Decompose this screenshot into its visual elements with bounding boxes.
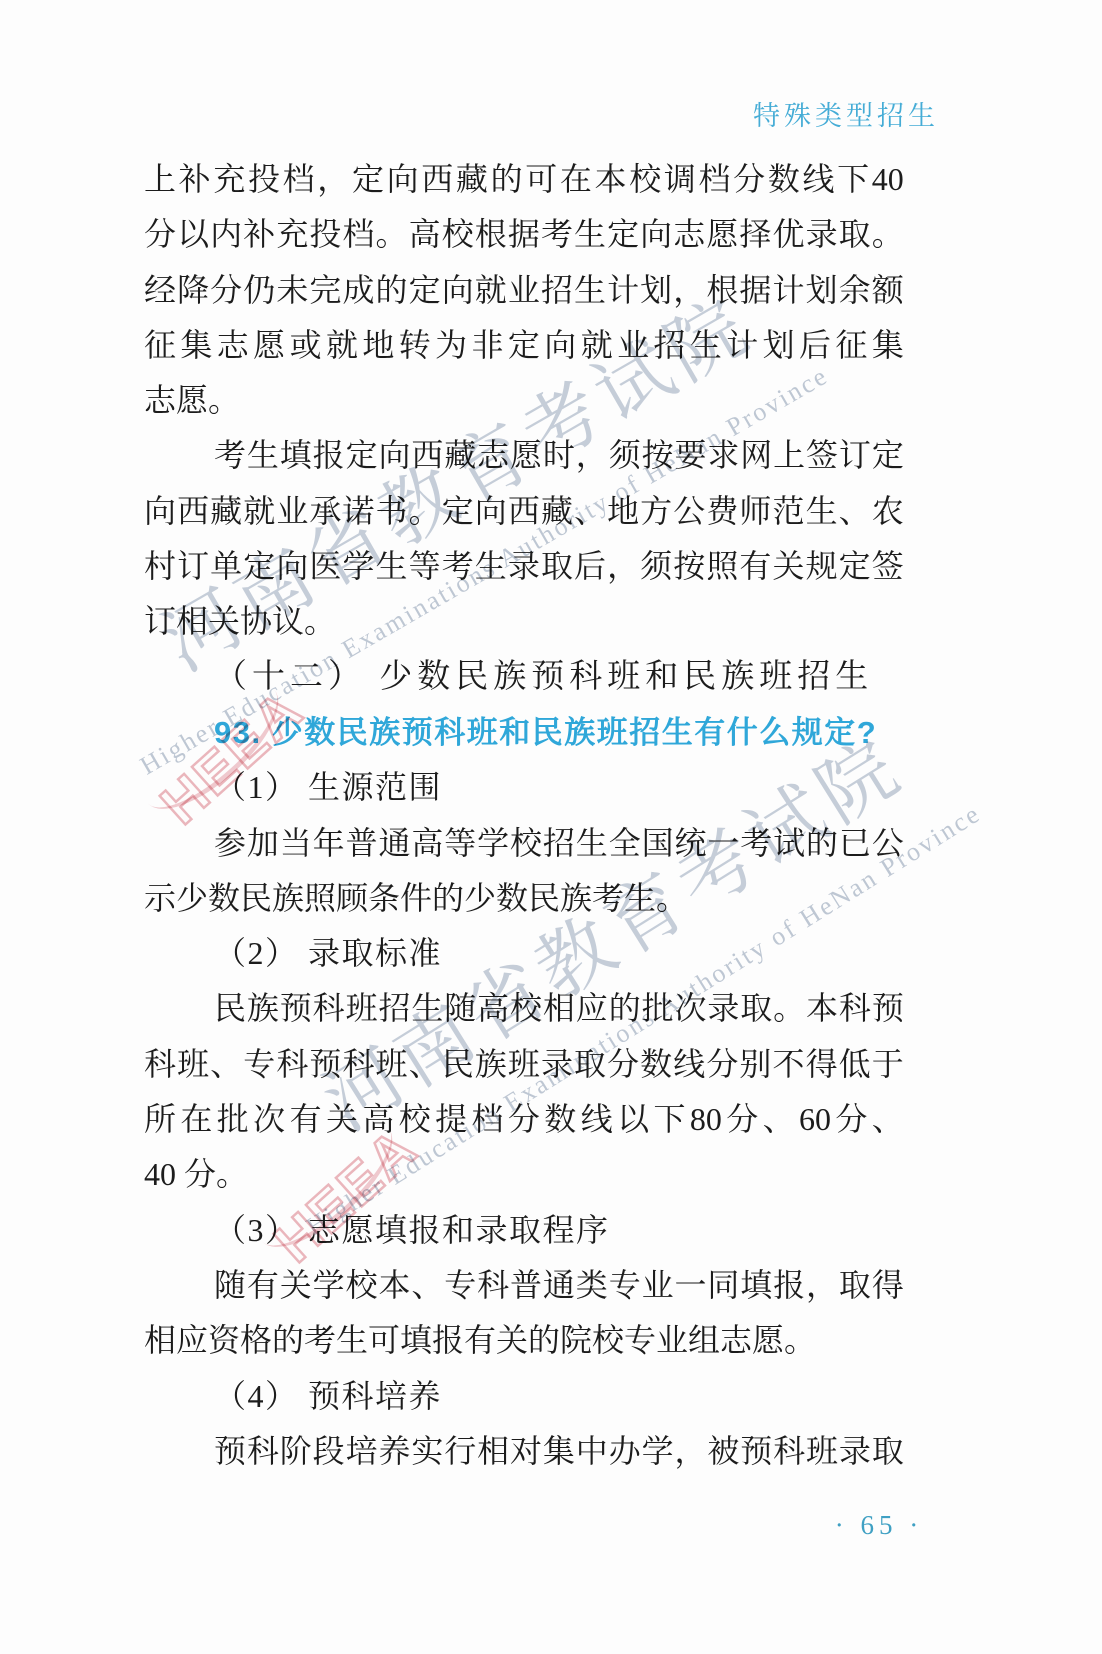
- section-heading: （十二） 少数民族预科班和民族班招生: [144, 650, 904, 705]
- text-line: 考生填报定向西藏志愿时，须按要求网上签订定: [144, 428, 904, 483]
- text-line: 村订单定向医学生等考生录取后，须按照有关规定签: [144, 539, 904, 594]
- text-line: 上补充投档，定向西藏的可在本校调档分数线下40: [144, 152, 904, 207]
- text-line: 40 分。: [144, 1147, 904, 1202]
- content-area: 上补充投档，定向西藏的可在本校调档分数线下40分以内补充投档。高校根据考生定向志…: [144, 152, 904, 1479]
- text-line: 所在批次有关高校提档分数线以下80分、60分、: [144, 1092, 904, 1147]
- text-line: 相应资格的考生可填报有关的院校专业组志愿。: [144, 1313, 904, 1368]
- text-line: 示少数民族照顾条件的少数民族考生。: [144, 871, 904, 926]
- sub-heading: （2） 录取标准: [144, 926, 904, 981]
- document-page: 特殊类型招生 上补充投档，定向西藏的可在本校调档分数线下40分以内补充投档。高校…: [0, 0, 1102, 1654]
- page-number: · 65 ·: [834, 1510, 924, 1541]
- text-line: 征集志愿或就地转为非定向就业招生计划后征集: [144, 318, 904, 373]
- text-line: 向西藏就业承诺书。定向西藏、地方公费师范生、农: [144, 484, 904, 539]
- text-line: 科班、专科预科班、民族班录取分数线分别不得低于: [144, 1037, 904, 1092]
- text-line: 随有关学校本、专科普通类专业一同填报，取得: [144, 1258, 904, 1313]
- running-header: 特殊类型招生: [753, 94, 939, 133]
- text-line: 民族预科班招生随高校相应的批次录取。本科预: [144, 981, 904, 1036]
- text-line: 志愿。: [144, 373, 904, 428]
- text-line: 参加当年普通高等学校招生全国统一考试的已公: [144, 816, 904, 871]
- sub-heading: （4） 预科培养: [144, 1369, 904, 1424]
- question-heading: 93. 少数民族预科班和民族班招生有什么规定?: [144, 705, 904, 760]
- sub-heading: （1） 生源范围: [144, 760, 904, 815]
- text-line: 分以内补充投档。高校根据考生定向志愿择优录取。: [144, 207, 904, 262]
- text-line: 经降分仍未完成的定向就业招生计划，根据计划余额: [144, 263, 904, 318]
- sub-heading: （3） 志愿填报和录取程序: [144, 1203, 904, 1258]
- text-line: 预科阶段培养实行相对集中办学，被预科班录取: [144, 1424, 904, 1479]
- text-line: 订相关协议。: [144, 594, 904, 649]
